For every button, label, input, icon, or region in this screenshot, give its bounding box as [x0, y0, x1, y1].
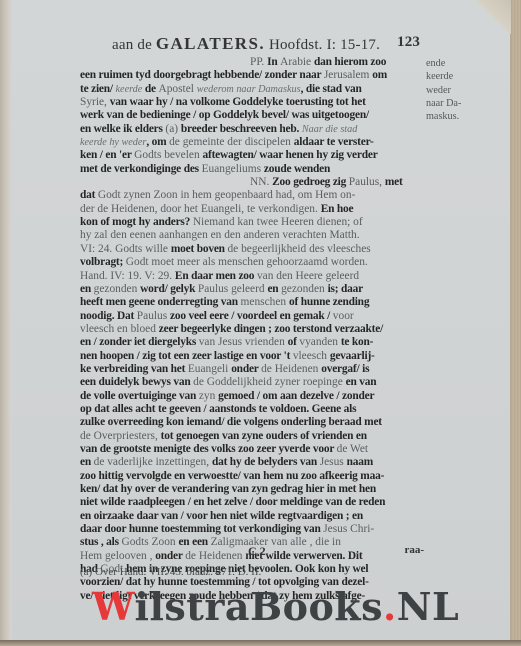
- text-segment: naam: [347, 456, 373, 468]
- text-segment: Arabie: [280, 56, 314, 68]
- text-segment: Paulus: [137, 310, 170, 322]
- text-segment: gemoed / om aan dezelve / zonder: [218, 390, 374, 402]
- signature-mark: C 2: [248, 544, 266, 559]
- text-segment: zulke overreeding kon iemand/ die volgen…: [80, 416, 382, 428]
- text-segment: breeder beschreeven heb.: [181, 123, 302, 135]
- text-segment: om: [372, 69, 387, 81]
- text-segment: de volle overtuiginge van: [80, 390, 199, 402]
- text-segment: zoo veel eere / voordeel en gemak /: [170, 310, 333, 322]
- text-segment: de gemeinte der discipelen: [169, 136, 294, 148]
- text-segment: zeer begeerlyke dingen ; zoo terstond ve…: [159, 323, 383, 335]
- watermark-tld: NL: [397, 584, 459, 629]
- text-segment: vyanden: [299, 336, 340, 348]
- text-segment: heeft men geene onderregting van: [80, 296, 241, 308]
- text-segment: Jesus: [320, 456, 347, 468]
- catchword: raa-: [374, 544, 424, 556]
- running-head-chapter: Hoofdst. I: 15-17.: [265, 37, 380, 53]
- margin-note: keerde: [426, 70, 476, 83]
- text-segment: aldaar te verster-: [294, 136, 374, 148]
- text-line: met de verkondiginge des Euangeliums zou…: [80, 163, 425, 176]
- text-line: een duidelyk bewys van de Goddelijkheid …: [80, 376, 425, 389]
- text-line: daar door hunne toestemming tot verkondi…: [80, 523, 425, 536]
- text-line: ke verbreiding van het Euangeli onder de…: [80, 363, 425, 376]
- running-head-title: GALATERS.: [156, 34, 265, 53]
- text-segment: en: [80, 283, 94, 295]
- text-line: zulke overreeding kon iemand/ die volgen…: [80, 416, 425, 429]
- text-segment: de: [145, 83, 159, 95]
- book-page: aan de GALATERS. Hoofdst. I: 15-17. 123 …: [0, 0, 521, 646]
- text-segment: keerde hy weder: [80, 137, 146, 148]
- margin-note: maskus.: [426, 110, 476, 123]
- text-segment: of: [288, 336, 300, 348]
- text-segment: Dat: [117, 310, 137, 322]
- text-line: ken / en 'er Godts bevelen aftewagten/ w…: [80, 149, 425, 162]
- text-segment: In: [267, 56, 280, 68]
- text-segment: en welke ik elders: [80, 123, 165, 135]
- text-segment: menschen: [241, 296, 289, 308]
- text-segment: ke verbreiding van het: [80, 363, 188, 375]
- text-line: niet wilde raadpleegen / en het zelve / …: [80, 496, 425, 509]
- watermark-logo: WilstraBooks.NL: [92, 584, 459, 629]
- text-line: de volle overtuiginge van zyn gemoed / o…: [80, 390, 425, 403]
- text-line: vleesch en bloed zeer begeerlyke dingen …: [80, 323, 425, 336]
- text-segment: En hoe: [321, 203, 354, 215]
- text-segment: keerde: [116, 84, 145, 95]
- text-segment: hy zal den eenen aanhangen en den andere…: [80, 229, 360, 241]
- text-segment: te kon-: [341, 336, 373, 348]
- text-segment: der de Heidenen, door het Euangeli, te v…: [80, 203, 321, 215]
- text-segment: voor: [333, 310, 354, 322]
- text-segment: vleesch: [293, 350, 330, 362]
- text-segment: gevaarlij-: [330, 350, 375, 362]
- text-segment: dat: [80, 189, 98, 201]
- watermark-initial: W: [92, 584, 135, 629]
- text-segment: NN.: [250, 176, 272, 188]
- text-segment: van Jesus vrienden: [199, 336, 288, 348]
- text-segment: En daar men zoo: [175, 270, 257, 282]
- text-line: werk van de bedieninge / op Goddelyk bev…: [80, 109, 425, 122]
- text-segment: tot genoegen van zyne ouders of vrienden…: [161, 430, 367, 442]
- text-segment: van den Heere geleerd: [257, 270, 359, 282]
- margin-note: ende: [426, 57, 476, 70]
- text-segment: Godt moet meer als menschen gehoorzaamd …: [126, 256, 368, 268]
- text-segment: de begeerlijkheid des vleesches: [227, 243, 370, 255]
- text-segment: te zien/: [80, 83, 116, 95]
- text-segment: gezonden: [281, 283, 328, 295]
- text-segment: dan hierom zoo: [314, 56, 386, 68]
- text-line: Hand. IV: 19. V: 29. En daar men zoo van…: [80, 270, 425, 283]
- text-segment: de Overpriesters,: [80, 430, 161, 442]
- text-segment: de vaderlijke inzettingen,: [94, 456, 212, 468]
- dog-ear-corner: [473, 0, 511, 34]
- text-segment: wederom naar Damaskus: [197, 84, 301, 95]
- text-line: zoo hittig vervolgde en verwoestte/ van …: [80, 470, 425, 483]
- text-line: Syrie, van waar hy / na volkome Goddelyk…: [80, 96, 425, 109]
- text-segment: ken / en 'er: [80, 149, 134, 161]
- text-segment: van waar hy / na volkome Goddelyke toeru…: [110, 96, 366, 108]
- text-segment: of hunne zending: [289, 296, 369, 308]
- text-segment: volbragt;: [80, 256, 126, 268]
- text-segment: en / zonder iet diergelyks: [80, 336, 199, 348]
- text-segment: Zoo gedroeg zig: [272, 176, 349, 188]
- text-segment: de Goddelijkheid zyner roepinge: [193, 376, 345, 388]
- text-segment: noodig.: [80, 310, 117, 322]
- text-segment: zoo hittig vervolgde en verwoestte/ van …: [80, 470, 384, 482]
- text-segment: onder: [155, 550, 185, 562]
- text-segment: (a): [165, 123, 181, 135]
- text-line: een ruimen tyd doorgebragt hebbende/ zon…: [80, 69, 425, 82]
- text-line: ken/ dat hy over de verandering van zyn …: [80, 483, 425, 496]
- text-line: en oirzaake daar van / voor hen niet wil…: [80, 510, 425, 523]
- text-line: en de vaderlijke inzettingen, dat hy de …: [80, 456, 425, 469]
- watermark-name: ilstraBooks: [135, 584, 384, 629]
- text-segment: de Heidenen: [185, 550, 245, 562]
- margin-note: naar Da-: [426, 97, 476, 110]
- text-segment: Hand. IV: 19. V: 29.: [80, 270, 175, 282]
- text-segment: Jerusalem: [324, 69, 372, 81]
- text-line: dat Godt zynen Zoon in hem geopenbaard h…: [80, 189, 425, 202]
- text-segment: en een: [178, 536, 210, 548]
- text-segment: VI: 24. Godts wille: [80, 243, 171, 255]
- text-segment: Euangeli: [188, 363, 231, 375]
- binding-edge: [0, 0, 12, 646]
- page-edges: [510, 0, 521, 646]
- text-line: van de grootste menigte des volks zoo ze…: [80, 443, 425, 456]
- text-segment: Apostel: [159, 83, 197, 95]
- text-line: op dat alles acht te geeven / aanstonds …: [80, 403, 425, 416]
- text-segment: Godts bevelen: [134, 149, 202, 161]
- text-segment: Euangeliums: [202, 163, 264, 175]
- text-line: keerde hy weder, om de gemeinte der disc…: [80, 136, 425, 149]
- text-line: der de Heidenen, door het Euangeli, te v…: [80, 203, 425, 216]
- text-segment: met de verkondiginge des: [80, 163, 202, 175]
- watermark-dot: .: [383, 584, 397, 629]
- text-segment: en van: [346, 376, 377, 388]
- text-segment: Godts Zoon: [121, 536, 178, 548]
- text-segment: van de grootste menigte des volks zoo ze…: [80, 443, 337, 455]
- text-segment: is; daar: [328, 283, 363, 295]
- text-segment: vleesch en bloed: [80, 323, 159, 335]
- text-segment: , die stad van: [301, 83, 362, 95]
- text-segment: zoude wenden: [264, 163, 330, 175]
- text-line: te zien/ keerde de Apostel wederom naar …: [80, 83, 425, 96]
- text-segment: Paulus,: [349, 176, 385, 188]
- page-number: 123: [397, 34, 420, 51]
- text-segment: overgaf/ is: [321, 363, 369, 375]
- text-segment: en: [267, 283, 281, 295]
- text-segment: aftewagten/ waar henen hy zig verder: [202, 149, 377, 161]
- body-text: PP. In Arabie dan hierom zooeen ruimen t…: [80, 56, 425, 603]
- text-segment: niet wilde raadpleegen / en het zelve / …: [80, 496, 385, 508]
- text-line: volbragt; Godt moet meer als menschen ge…: [80, 256, 425, 269]
- text-segment: moet boven: [171, 243, 228, 255]
- text-segment: Jesus Chri-: [323, 523, 374, 535]
- text-line: en / zonder iet diergelyks van Jesus vri…: [80, 336, 425, 349]
- text-segment: met: [385, 176, 403, 188]
- text-line: VI: 24. Godts wille moet boven de begeer…: [80, 243, 425, 256]
- text-line: en gezonden word/ gelyk Paulus geleerd e…: [80, 283, 425, 296]
- text-segment: Hem gelooven ,: [80, 550, 155, 562]
- text-segment: zyn: [199, 390, 218, 402]
- text-segment: werk van de bedieninge / op Goddelyk bev…: [80, 109, 369, 121]
- text-segment: word/ gelyk: [140, 283, 198, 295]
- text-segment: Syrie,: [80, 96, 110, 108]
- text-line: kon of mogt hy anders? Niemand kan twee …: [80, 216, 425, 229]
- text-segment: Zaligmaaker van alle , die in: [211, 536, 341, 548]
- text-segment: gezonden: [94, 283, 141, 295]
- text-segment: daar door hunne toestemming tot verkondi…: [80, 523, 323, 535]
- text-segment: de Wet: [337, 443, 368, 455]
- text-line: hy zal den eenen aanhangen en den andere…: [80, 229, 425, 242]
- text-segment: stus , als: [80, 536, 121, 548]
- text-segment: Niemand kan twee Heeren dienen; of: [193, 216, 363, 228]
- text-segment: een ruimen tyd doorgebragt hebbende/ zon…: [80, 69, 324, 81]
- margin-notes: endekeerdewedernaar Da-maskus.: [426, 57, 476, 124]
- text-line: heeft men geene onderregting van mensche…: [80, 296, 425, 309]
- text-line: nen hoopen / zig tot een zeer lastige en…: [80, 350, 425, 363]
- text-segment: onder: [231, 363, 261, 375]
- text-segment: Naar die stad: [302, 124, 357, 135]
- text-segment: ken/ dat hy over de verandering van zyn …: [80, 483, 376, 495]
- text-segment: een duidelyk bewys van: [80, 376, 193, 388]
- text-segment: kon of mogt hy anders?: [80, 216, 193, 228]
- bottom-edge: [0, 640, 521, 646]
- text-segment: en: [80, 456, 94, 468]
- text-segment: de Heidenen: [261, 363, 321, 375]
- text-segment: PP.: [250, 56, 267, 68]
- text-segment: op dat alles acht te geeven / aanstonds …: [80, 403, 356, 415]
- text-segment: en oirzaake daar van / voor hen niet wil…: [80, 510, 363, 522]
- text-segment: nen hoopen / zig tot een zeer lastige en…: [80, 350, 293, 362]
- margin-note: weder: [426, 84, 476, 97]
- text-line: NN. Zoo gedroeg zig Paulus, met: [80, 176, 425, 189]
- text-line: PP. In Arabie dan hierom zoo: [80, 56, 425, 69]
- text-segment: dat hy de belyders van: [212, 456, 320, 468]
- text-line: noodig. Dat Paulus zoo veel eere / voord…: [80, 310, 425, 323]
- text-segment: Paulus geleerd: [198, 283, 268, 295]
- text-segment: Godt zynen Zoon in hem geopenbaard had, …: [98, 189, 356, 201]
- text-line: en welke ik elders (a) breeder beschreev…: [80, 123, 425, 136]
- footnote: (a) Over Hand. VII: 43. bladz. 271. D. I…: [80, 566, 261, 578]
- running-head: aan de GALATERS. Hoofdst. I: 15-17. 123: [112, 34, 412, 54]
- text-segment: , om: [146, 136, 169, 148]
- running-head-prefix: aan de: [112, 37, 156, 53]
- text-line: de Overpriesters, tot genoegen van zyne …: [80, 430, 425, 443]
